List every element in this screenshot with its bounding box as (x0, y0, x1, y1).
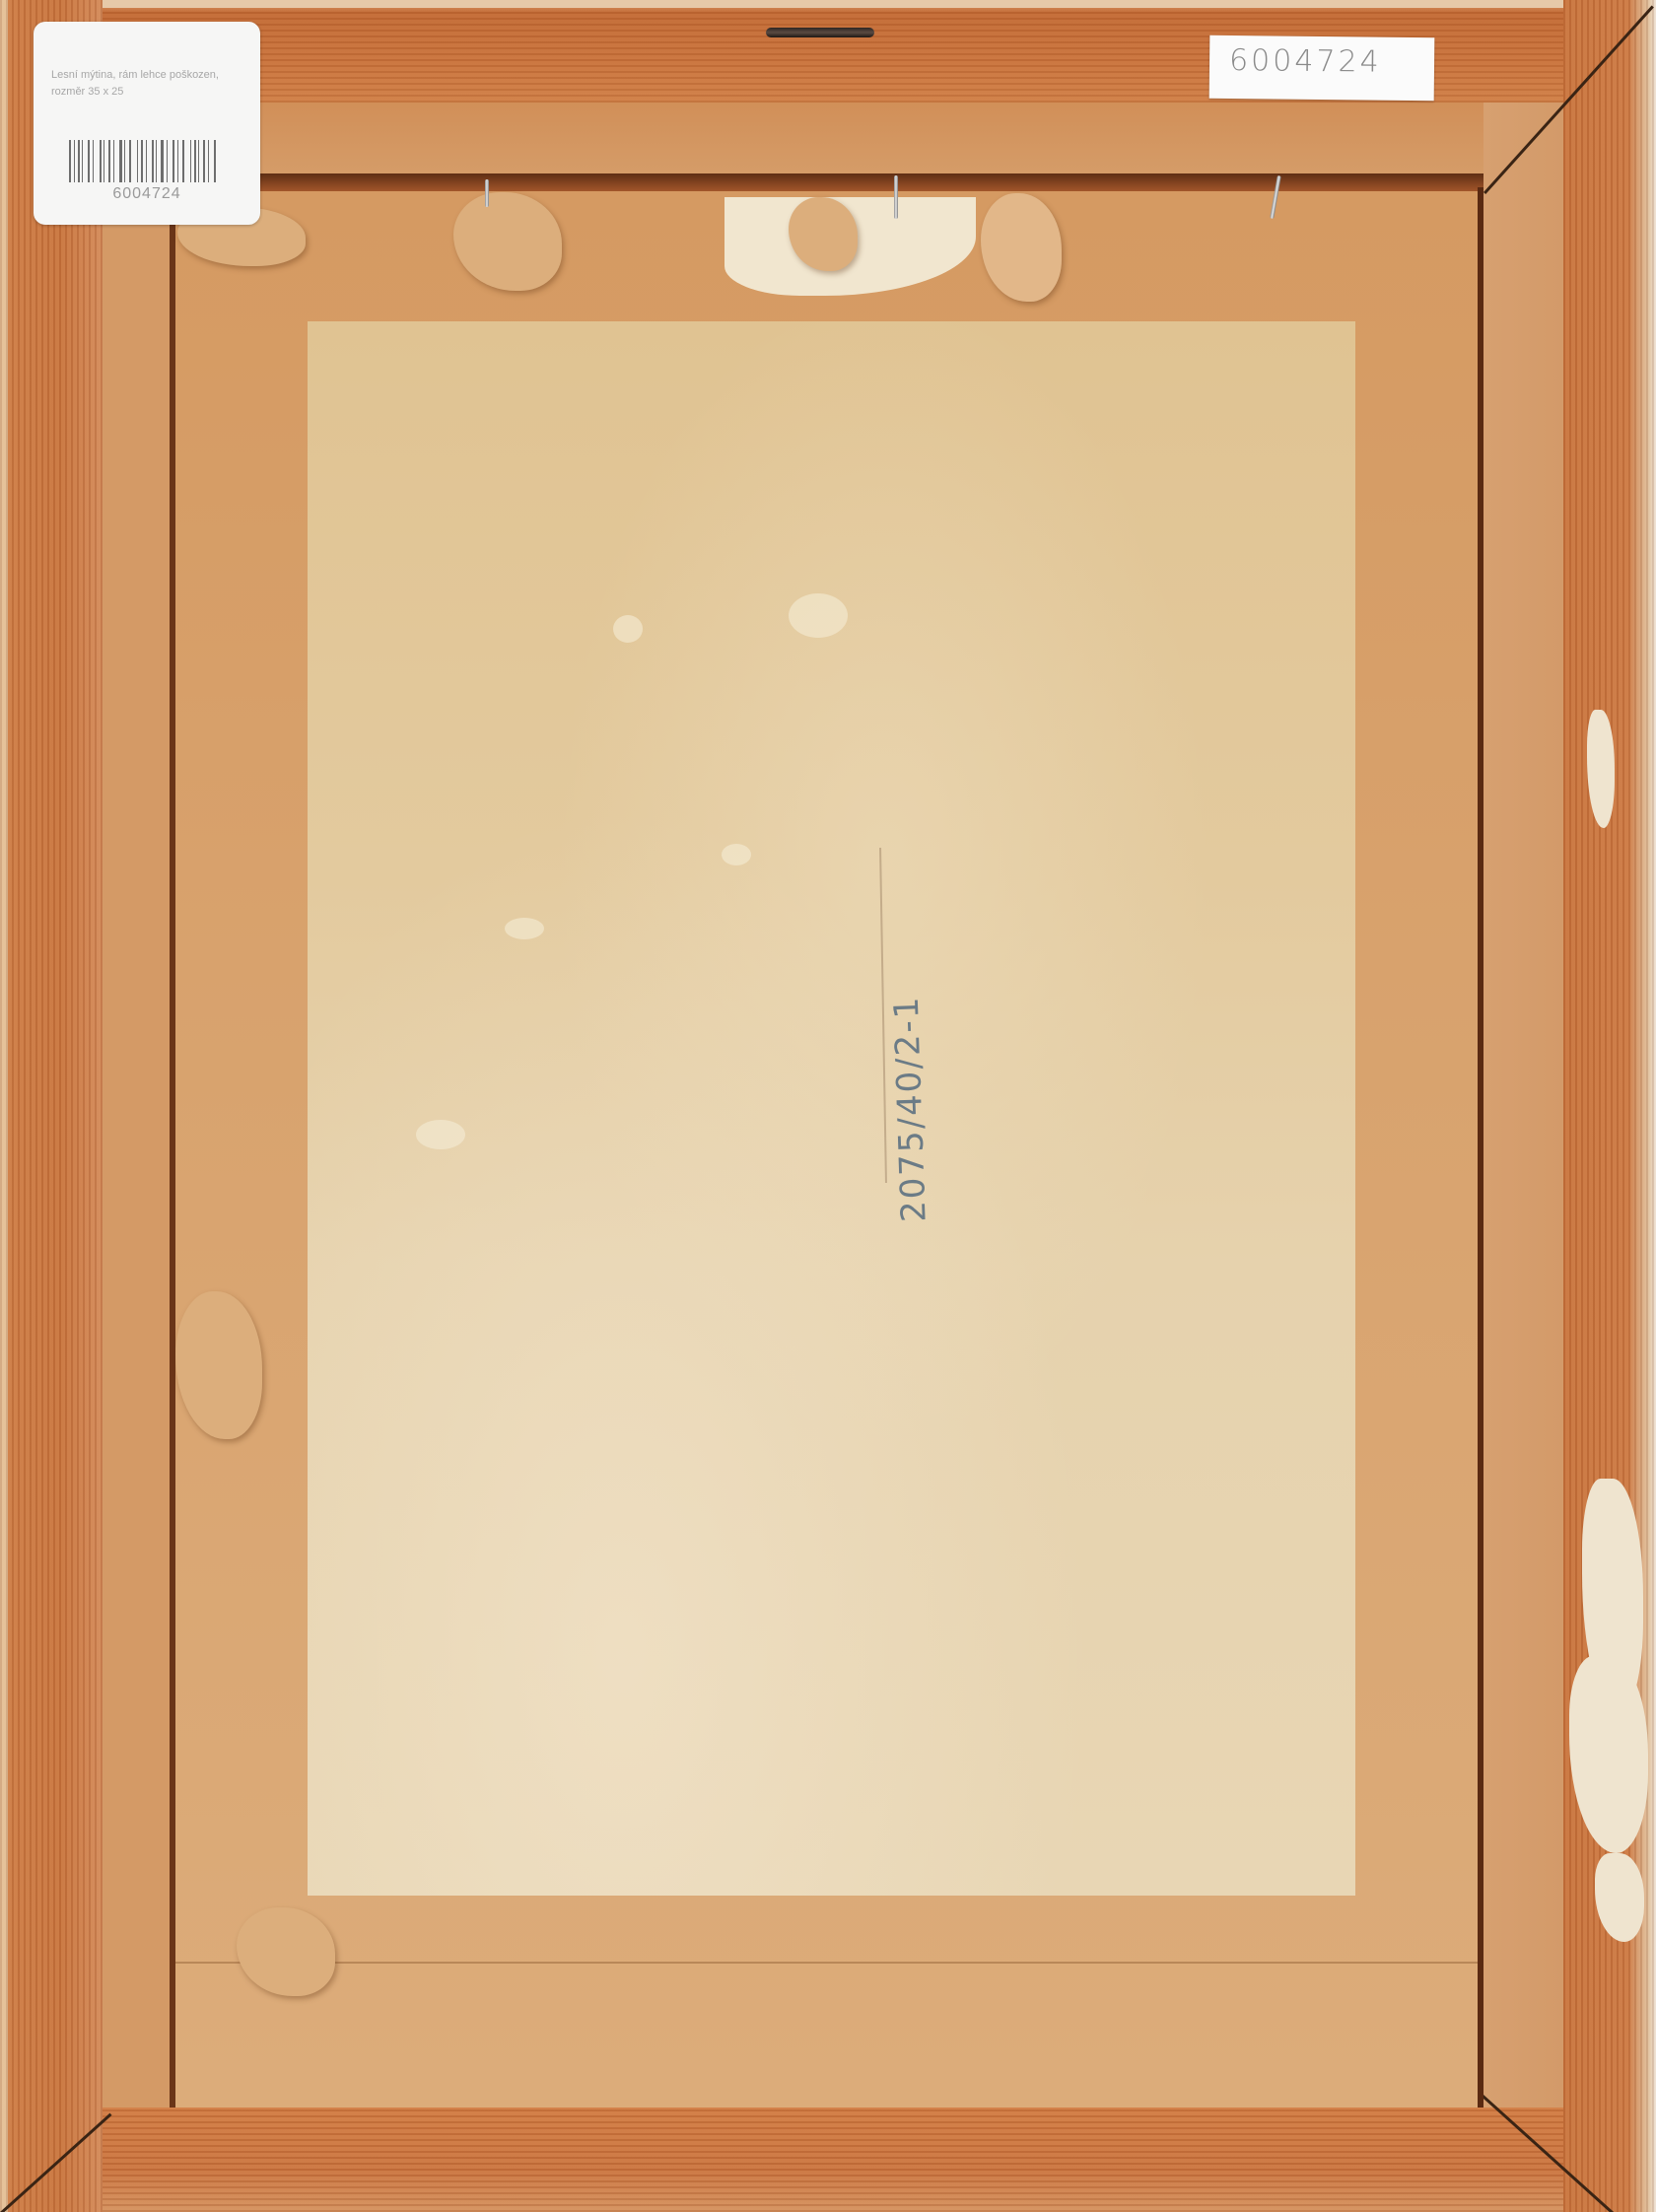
frame-bottom-rail (0, 2108, 1656, 2212)
stain-spot (416, 1120, 465, 1149)
paper-fold-line (175, 1962, 1478, 1964)
handwritten-tag: 6004724 (1209, 35, 1435, 101)
stain-spot (789, 593, 848, 638)
frame-inner-lip-top (103, 103, 1563, 173)
frame-inner-lip-right (1483, 103, 1563, 2108)
label-description: Lesní mýtina, rám lehce poškozen, rozměr… (51, 67, 254, 101)
barcode-icon (69, 140, 227, 182)
backing-gap-top (173, 173, 1483, 191)
backing-gap-right (1478, 187, 1483, 2108)
frame-top-edge (0, 0, 1656, 8)
backing-panel (308, 321, 1355, 1896)
stain-spot (722, 844, 751, 865)
nail-icon (485, 179, 489, 207)
inventory-label: Lesní mýtina, rám lehce poškozen, rozměr… (34, 22, 260, 225)
barcode-number: 6004724 (34, 185, 260, 203)
frame-left-rail (0, 0, 103, 2212)
handwritten-tag-text: 6004724 (1229, 43, 1382, 80)
stain-spot (505, 918, 544, 939)
stain-spot (613, 615, 643, 643)
nail-icon (894, 175, 898, 219)
hanging-wire-hook (766, 28, 874, 37)
